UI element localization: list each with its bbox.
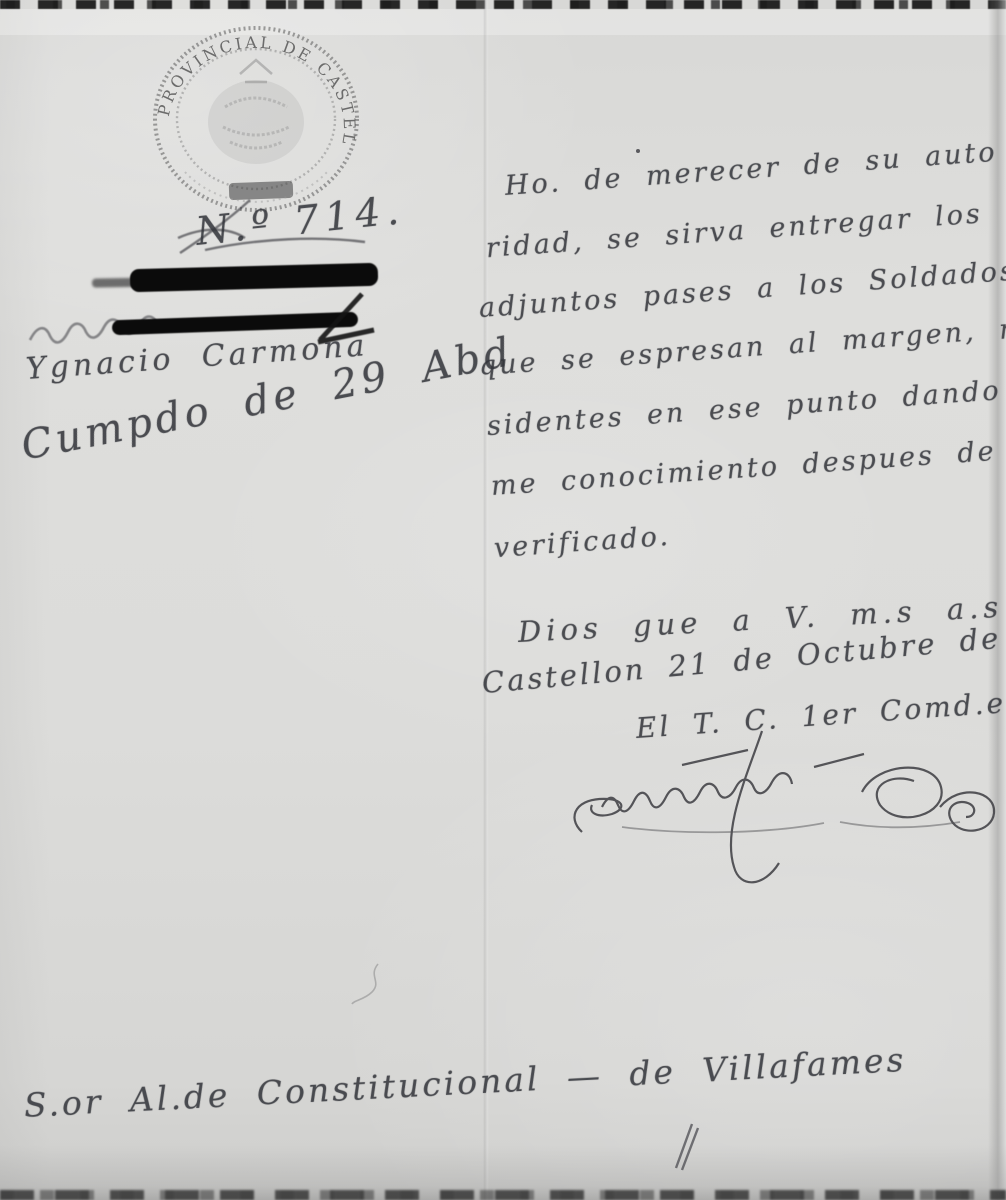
body-line: verificado. — [493, 521, 672, 564]
faint-pen-squiggle — [348, 962, 398, 1007]
body-line: que se espresan al margen, re — [478, 312, 1006, 382]
ink-dot — [636, 149, 640, 153]
signature-flourish — [562, 737, 1002, 902]
body-line: adjuntos pases a los Soldados — [478, 255, 1006, 324]
document-page: PROVINCIAL DE CASTELLON N.º 714. Ygnacio… — [0, 0, 1006, 1200]
scan-edge-artifact-bottom — [0, 1190, 1006, 1200]
pen-stroke-mark — [672, 1122, 702, 1172]
vertical-fold-crease — [484, 0, 488, 1200]
body-line: me conocimiento despues de — [490, 436, 998, 502]
scan-edge-artifact-top — [0, 0, 1006, 9]
body-line: sidentes en ese punto dando — [486, 375, 1003, 442]
body-line: ridad, se sirva entregar los — [485, 198, 984, 264]
body-line: Ho. de merecer de su auto — [504, 137, 999, 202]
footer-addressee: S.or Al.de Constitucional — de Villafame… — [23, 1040, 907, 1125]
